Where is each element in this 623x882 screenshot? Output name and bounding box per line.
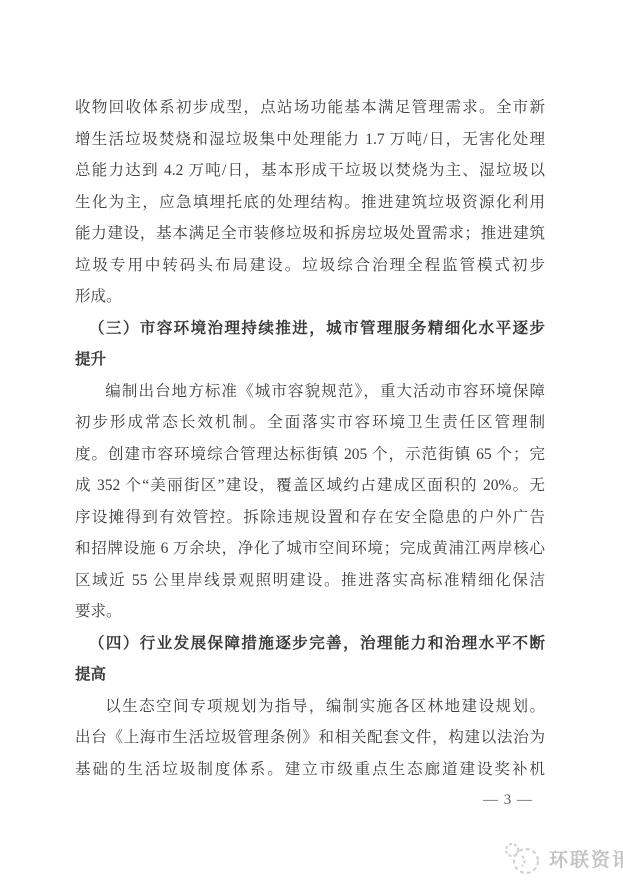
body-line: 垃圾专用中转码头布局建设。垃圾综合治理全程监管模式初步: [75, 250, 545, 282]
heading-line: 提升: [75, 344, 545, 376]
body-line: 收物回收体系初步成型，点站场功能基本满足管理需求。全市新: [75, 92, 545, 124]
body-line: 区域近 55 公里岸线景观照明建设。推进落实高标准精细化保洁: [75, 565, 545, 597]
speaker-logo-icon: [502, 840, 542, 877]
heading-line: 提高: [75, 659, 545, 691]
body-line: 出台《上海市生活垃圾管理条例》和相关配套文件，构建以法治为: [75, 722, 545, 754]
body-line: 成 352 个“美丽街区”建设，覆盖区域约占建成区面积的 20%。无: [75, 470, 545, 502]
body-line: 形成。: [75, 281, 545, 313]
body-line: 增生活垃圾焚烧和湿垃圾集中处理能力 1.7 万吨/日，无害化处理: [75, 124, 545, 156]
body-line: 初步形成常态长效机制。全面落实市容环境卫生责任区管理制: [75, 407, 545, 439]
text-block: 收物回收体系初步成型，点站场功能基本满足管理需求。全市新增生活垃圾焚烧和湿垃圾集…: [75, 92, 545, 785]
watermark-label: 环联资讯: [549, 845, 623, 872]
body-line: 生化为主，应急填埋托底的处理结构。推进建筑垃圾资源化利用: [75, 187, 545, 219]
body-line: 度。创建市容环境综合管理达标街镇 205 个，示范街镇 65 个；完: [75, 439, 545, 471]
watermark: 环联资讯: [502, 840, 623, 877]
body-line: 能力建设，基本满足全市装修垃圾和拆房垃圾处置需求；推进建筑: [75, 218, 545, 250]
heading-line: （四）行业发展保障措施逐步完善，治理能力和治理水平不断: [75, 628, 545, 660]
document-page: 收物回收体系初步成型，点站场功能基本满足管理需求。全市新增生活垃圾焚烧和湿垃圾集…: [0, 0, 623, 882]
body-line: 序设摊得到有效管控。拆除违规设置和存在安全隐患的户外广告: [75, 502, 545, 534]
body-line: 编制出台地方标准《城市容貌规范》，重大活动市容环境保障: [75, 376, 545, 408]
body-line: 总能力达到 4.2 万吨/日，基本形成干垃圾以焚烧为主、湿垃圾以: [75, 155, 545, 187]
page-number: — 3 —: [75, 785, 545, 817]
body-line: 以生态空间专项规划为指导，编制实施各区林地建设规划。: [75, 691, 545, 723]
body-line: 要求。: [75, 596, 545, 628]
body-line: 和招牌设施 6 万余块，净化了城市空间环境；完成黄浦江两岸核心: [75, 533, 545, 565]
body-line: 基础的生活垃圾制度体系。建立市级重点生态廊道建设奖补机: [75, 754, 545, 786]
heading-line: （三）市容环境治理持续推进，城市管理服务精细化水平逐步: [75, 313, 545, 345]
